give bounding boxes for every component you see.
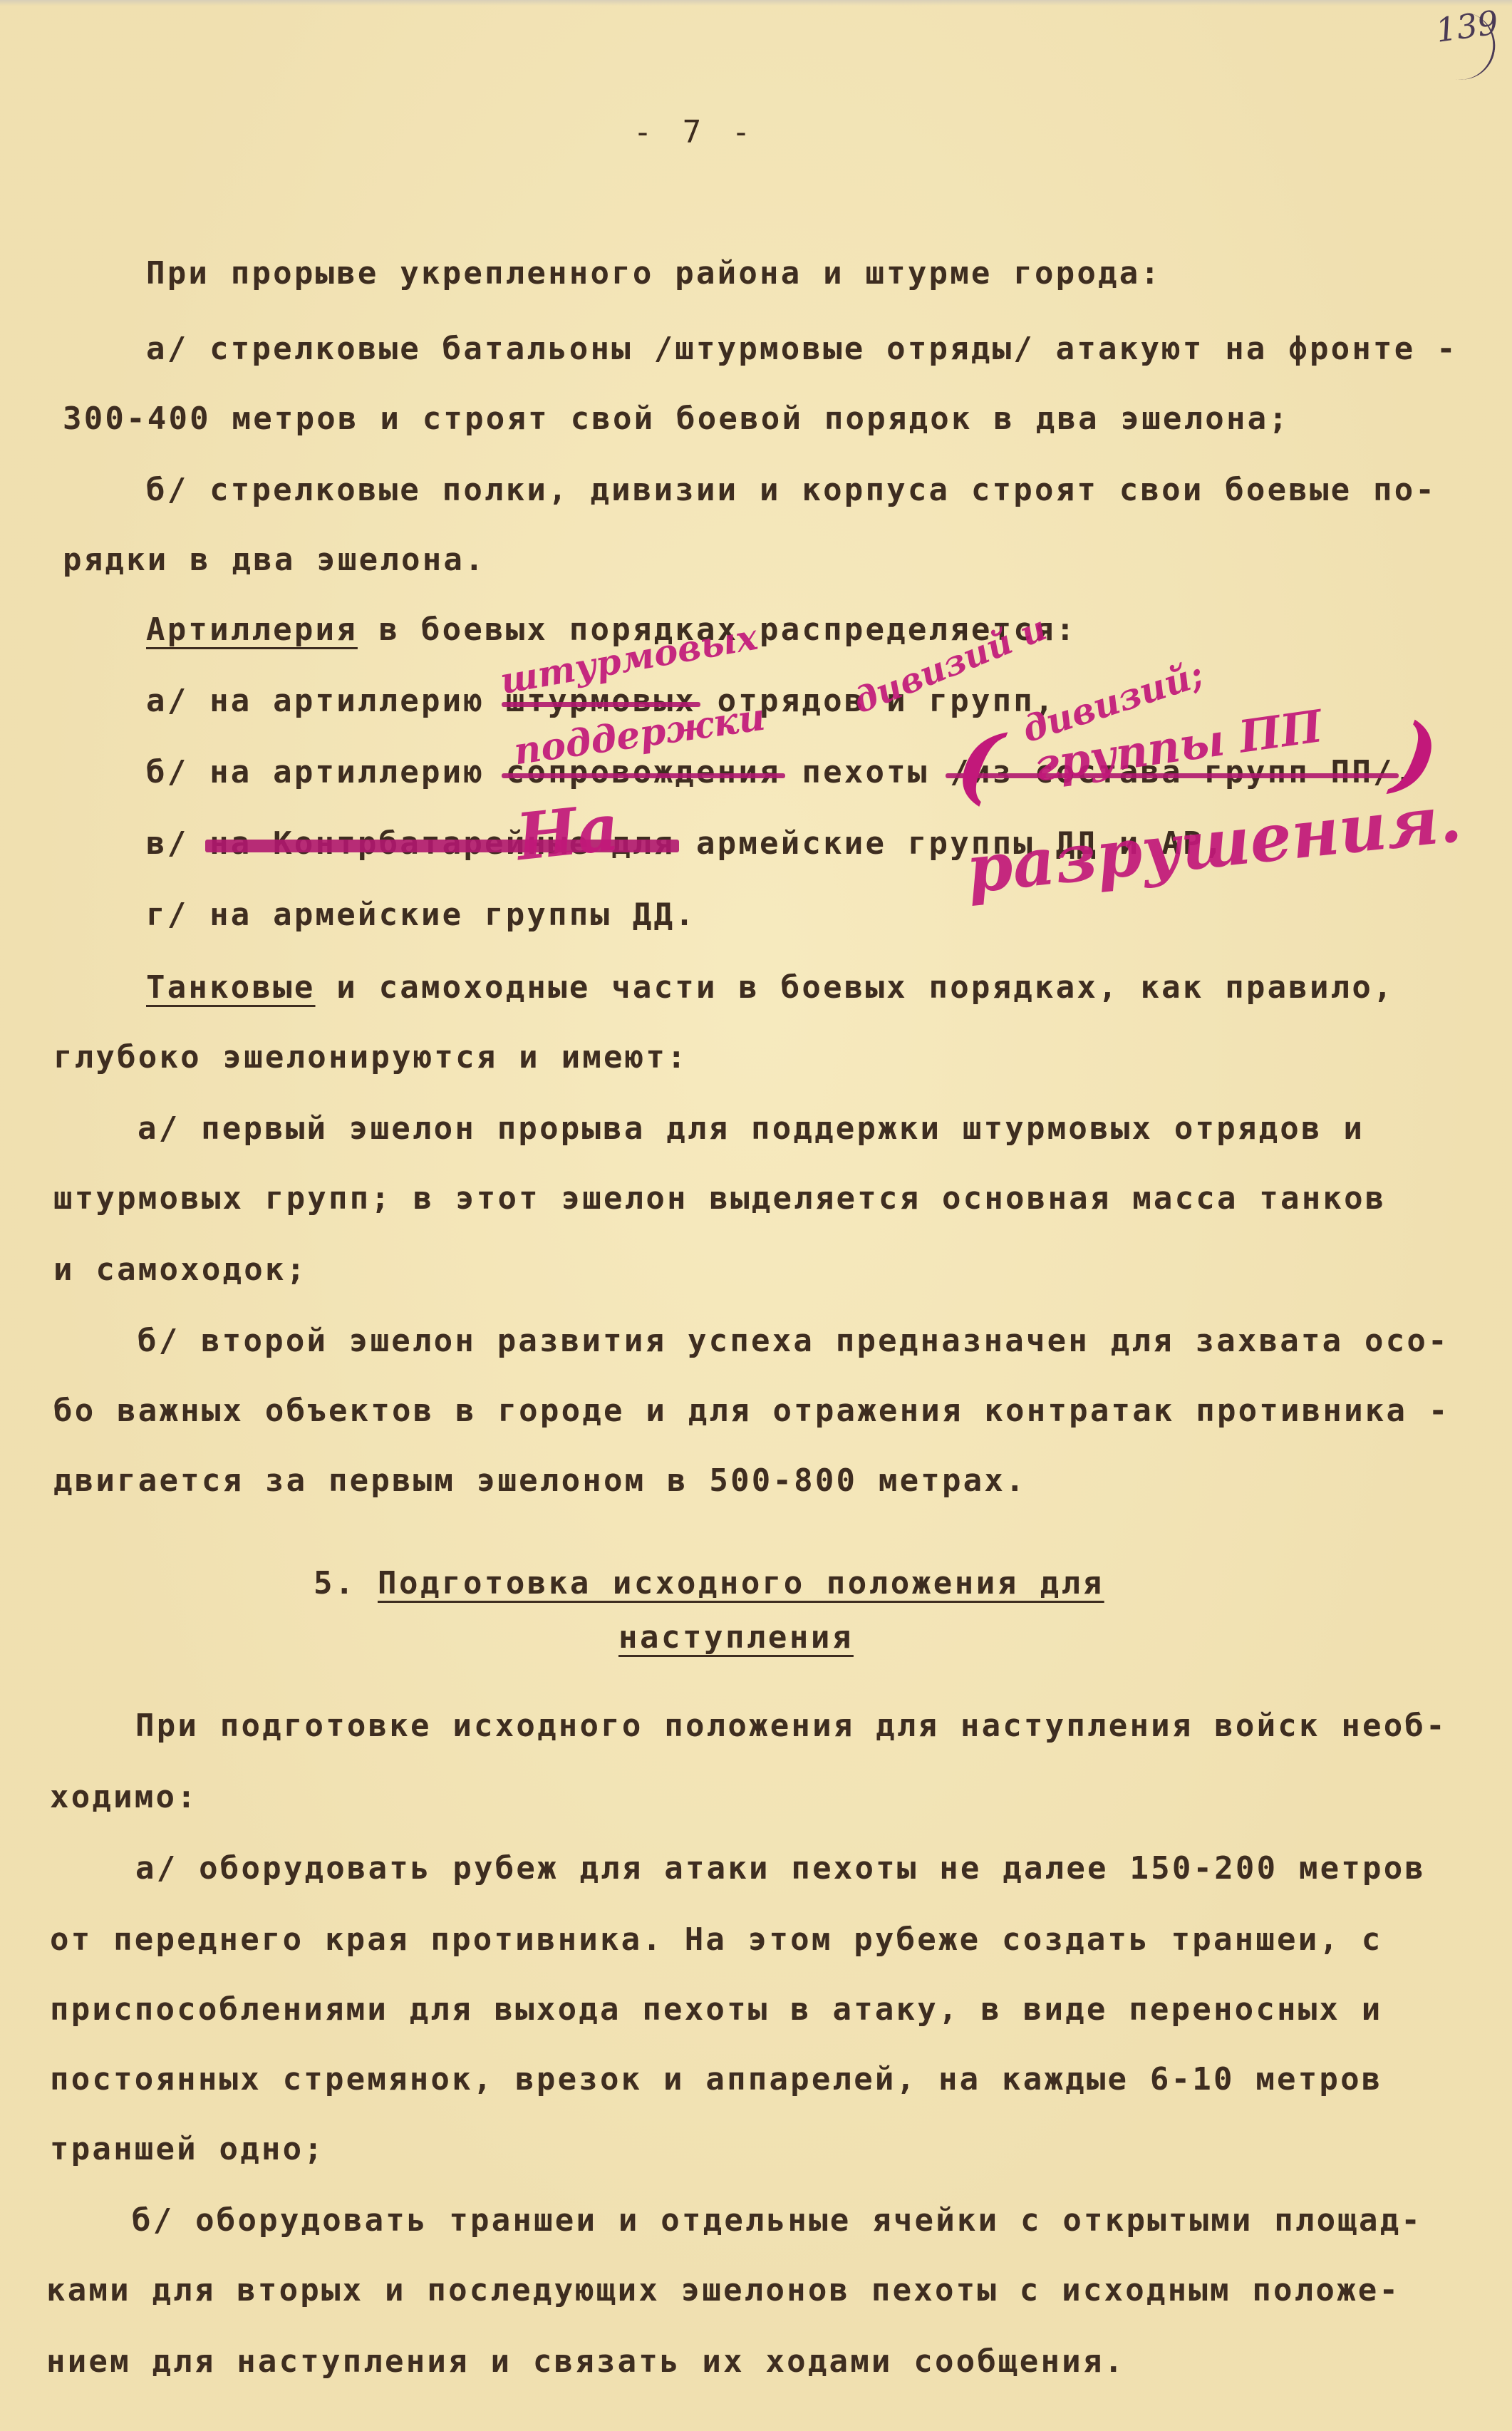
list-item-b: б/ стрелковые полки, дивизии и корпуса с… [146,475,1436,506]
prep-paragraph-cont: ходимо: [50,1782,198,1813]
prep-item-a-cont4: траншей одно; [50,2134,325,2165]
underlined-tanks: Танковые [146,969,316,1006]
prep-item-a: а/ оборудовать рубеж для атаки пехоты не… [135,1853,1426,1884]
underlined-artillery: Артиллерия [146,611,358,648]
tank-item-b-cont2: двигается за первым эшелоном в 500-800 м… [53,1465,1027,1497]
text: пехоты [781,754,951,790]
text: а/ на артиллерию [146,683,506,719]
list-item-b-cont: рядки в два эшелона. [63,544,486,576]
prep-item-b-cont2: нием для наступления и связать их ходами… [46,2346,1125,2378]
text: б/ на артиллерию [146,754,506,790]
section-title-line2: наступления [618,1619,854,1656]
prep-item-a-cont3: постоянных стремянок, врезок и аппарелей… [50,2064,1383,2095]
tank-item-a: а/ первый эшелон прорыва для поддержки ш… [138,1113,1365,1145]
list-item-a-cont: 300-400 метров и строят свой боевой поря… [63,403,1290,435]
paragraph-intro: При прорыве укрепленного района и штурме… [146,258,1161,289]
prep-item-b-cont: ками для вторых и последующих эшелонов п… [46,2275,1400,2306]
section-heading: 5. Подготовка исходного положения для [314,1568,1104,1599]
tank-item-a-cont: штурмовых групп; в этот эшелон выделяетс… [53,1183,1387,1214]
tank-item-b-cont: бо важных объектов в городе и для отраже… [53,1395,1450,1427]
tank-item-b: б/ второй эшелон развития успеха предназ… [138,1326,1449,1357]
tank-paragraph-cont: глубоко эшелонируются и имеют: [53,1042,688,1073]
list-item-a: а/ стрелковые батальоны /штурмовые отряд… [146,334,1458,365]
page-number: - 7 - [0,114,1389,150]
paper-top-edge [0,0,1512,6]
prep-item-a-cont: от переднего края противника. На этом ру… [50,1924,1383,1956]
prep-item-b: б/ оборудовать траншеи и отдельные ячейк… [132,2205,1422,2236]
handwritten-correction: разрушения. [963,780,1465,908]
prep-paragraph: При подготовке исходного положения для н… [135,1710,1447,1742]
section-heading-cont: наступления [618,1622,854,1653]
section-number: 5. [314,1565,378,1601]
handwritten-open-paren: ( [950,710,1007,816]
handwritten-correction: На [513,790,623,875]
document-page: 139 - 7 - При прорыве укрепленного район… [0,0,1512,2431]
tank-paragraph-rest: и самоходные части в боевых порядках, ка… [316,969,1394,1006]
text: в/ [146,825,209,862]
tank-item-a-cont2: и самоходок; [53,1254,307,1286]
section-title-line1: Подготовка исходного положения для [378,1565,1104,1601]
tank-paragraph: Танковые и самоходные части в боевых пор… [146,972,1394,1003]
artillery-item-d: г/ на армейские группы ДД. [146,899,696,931]
prep-item-a-cont2: приспособлениями для выхода пехоты в ата… [50,1994,1383,2025]
